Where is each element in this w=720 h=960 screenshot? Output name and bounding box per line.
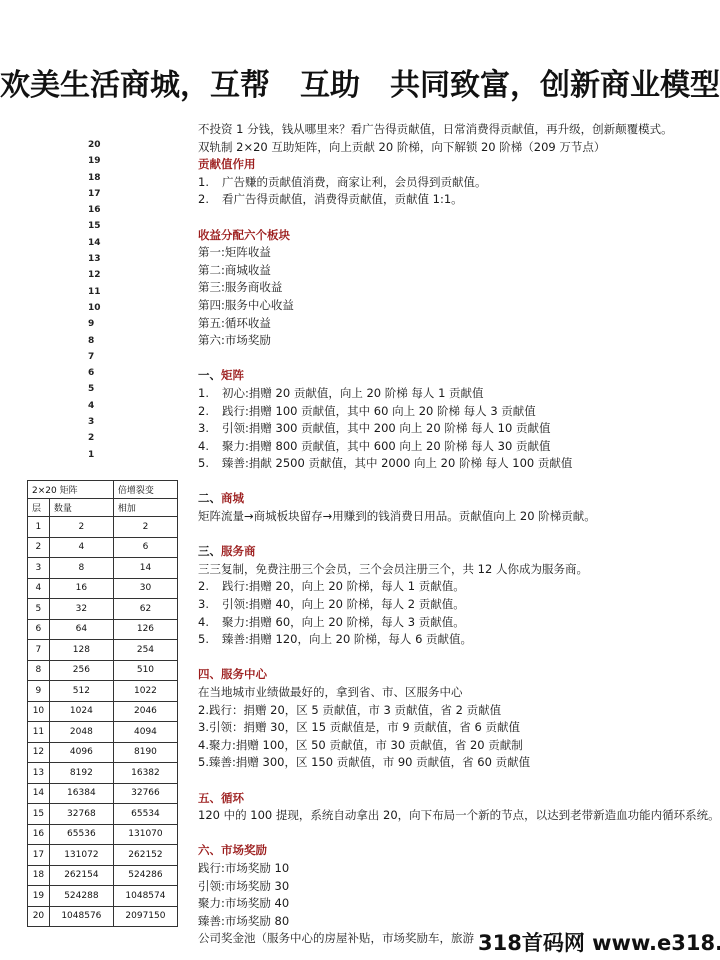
level-number: 10 [88,300,118,316]
table-cell: 19 [28,886,50,907]
table-row: 153276865534 [28,804,178,825]
table-cell: 62 [113,599,177,620]
list-item: 聚力:市场奖励 40 [198,895,718,913]
table-header-cell: 2×20 矩阵 [28,481,114,499]
table-cell: 4 [49,537,113,558]
paragraph: 矩阵流量→商城板块留存→用赚到的钱消费日用品。贡献值向上 20 阶梯贡献。 [198,508,718,526]
table-cell: 2048 [49,722,113,743]
table-row: 3814 [28,558,178,579]
list-item: 第三:服务商收益 [198,279,718,297]
table-cell: 2046 [113,701,177,722]
list-item: 2.践行:捐赠 100 贡献值，其中 60 向上 20 阶梯 每人 3 贡献值 [198,403,718,421]
list-item: 第二:商城收益 [198,262,718,280]
table-cell: 8190 [113,742,177,763]
table-cell: 4 [28,578,50,599]
level-number: 12 [88,267,118,283]
table-row: 7128254 [28,640,178,661]
table-row: 141638432766 [28,783,178,804]
table-cell: 2 [28,537,50,558]
table-cell: 2 [113,517,177,538]
level-number: 8 [88,333,118,349]
level-number: 2 [88,430,118,446]
table-cell: 256 [49,660,113,681]
table-cell: 65534 [113,804,177,825]
paragraph: 120 中的 100 提现，系统自动拿出 20，向下布局一个新的节点，以达到老带… [198,807,718,825]
table-cell: 32768 [49,804,113,825]
table-cell: 524286 [113,865,177,886]
table-cell: 4096 [49,742,113,763]
level-number: 4 [88,398,118,414]
list-item: 3.引领：捐赠 30，区 15 贡献值是，市 9 贡献值，省 6 贡献值 [198,719,718,737]
table-row: 17131072262152 [28,845,178,866]
paragraph: 三三复制，免费注册三个会员，三个会员注册三个，共 12 人你成为服务商。 [198,561,718,579]
table-header-row: 层 数量 相加 [28,499,178,517]
table-row: 1120484094 [28,722,178,743]
level-number: 18 [88,170,118,186]
table-header-row: 2×20 矩阵 倍增裂变 [28,481,178,499]
table-cell: 6 [28,619,50,640]
level-number: 15 [88,218,118,234]
table-cell: 11 [28,722,50,743]
table-cell: 3 [28,558,50,579]
list-item: 4.聚力:捐赠 800 贡献值，其中 600 向上 20 阶梯 每人 30 贡献… [198,438,718,456]
list-item: 1.初心:捐赠 20 贡献值，向上 20 阶梯 每人 1 贡献值 [198,385,718,403]
level-number: 17 [88,186,118,202]
level-number: 5 [88,381,118,397]
section-heading: 贡献值作用 [198,156,718,174]
table-row: 18262154524286 [28,865,178,886]
table-cell: 64 [49,619,113,640]
table-row: 1010242046 [28,701,178,722]
table-cell: 8 [49,558,113,579]
table-cell: 1024 [49,701,113,722]
list-item: 第一:矩阵收益 [198,244,718,262]
table-cell: 8192 [49,763,113,784]
table-row: 1240968190 [28,742,178,763]
list-item: 第四:服务中心收益 [198,297,718,315]
table-header-cell: 数量 [49,499,113,517]
section-heading: 收益分配六个板块 [198,227,718,245]
table-cell: 2 [49,517,113,538]
table-body: 1222463814416305326266412671282548256510… [28,517,178,927]
list-item: 5.臻善:捐赠 300，区 150 贡献值，市 90 贡献值，省 60 贡献值 [198,754,718,772]
intro-line: 双轨制 2×20 互助矩阵，向上贡献 20 阶梯，向下解锁 20 阶梯（209 … [198,139,718,157]
table-row: 41630 [28,578,178,599]
table-cell: 1048574 [113,886,177,907]
table-cell: 30 [113,578,177,599]
table-row: 246 [28,537,178,558]
table-cell: 15 [28,804,50,825]
table-cell: 17 [28,845,50,866]
section-heading-provider: 三、服务商 [198,543,718,561]
list-item: 3.引领:捐赠 300 贡献值，其中 200 向上 20 阶梯 每人 10 贡献… [198,420,718,438]
level-number: 11 [88,284,118,300]
table-cell: 254 [113,640,177,661]
table-cell: 524288 [49,886,113,907]
level-number-column: 20 19 18 17 16 15 14 13 12 11 10 9 8 7 6… [88,137,118,463]
table-cell: 9 [28,681,50,702]
list-item: 1.广告赚的贡献值消费，商家让利，会员得到贡献值。 [198,174,718,192]
table-cell: 14 [28,783,50,804]
level-number: 16 [88,202,118,218]
table-row: 122 [28,517,178,538]
table-cell: 4094 [113,722,177,743]
section-heading-mall: 二、商城 [198,490,718,508]
table-cell: 32 [49,599,113,620]
table-cell: 10 [28,701,50,722]
list-item: 2.看广告得贡献值，消费得贡献值，贡献值 1:1。 [198,191,718,209]
section-heading-market: 六、市场奖励 [198,842,718,860]
table-cell: 1 [28,517,50,538]
table-header-cell: 倍增裂变 [113,481,177,499]
table-cell: 16 [28,824,50,845]
watermark-text: 318首码网 www.e318.com [478,927,720,957]
table-cell: 12 [28,742,50,763]
table-header-cell: 相加 [113,499,177,517]
section-heading-matrix: 一、矩阵 [198,367,718,385]
table-cell: 1048576 [49,906,113,927]
table-cell: 65536 [49,824,113,845]
table-cell: 512 [49,681,113,702]
level-number: 1 [88,447,118,463]
table-cell: 16384 [49,783,113,804]
paragraph: 在当地城市业绩做最好的，拿到省、市、区服务中心 [198,684,718,702]
list-item: 引领:市场奖励 30 [198,878,718,896]
section-heading-center: 四、服务中心 [198,666,718,684]
table-cell: 1022 [113,681,177,702]
table-row: 1665536131070 [28,824,178,845]
list-item: 2.践行:捐赠 20，向上 20 阶梯，每人 1 贡献值。 [198,578,718,596]
level-number: 9 [88,316,118,332]
list-item: 5.臻善:捐赠 120，向上 20 阶梯，每人 6 贡献值。 [198,631,718,649]
table-cell: 131072 [49,845,113,866]
level-number: 13 [88,251,118,267]
table-row: 13819216382 [28,763,178,784]
table-row: 95121022 [28,681,178,702]
list-item: 第五:循环收益 [198,315,718,333]
table-cell: 16 [49,578,113,599]
level-number: 6 [88,365,118,381]
list-item: 4.聚力:捐赠 60，向上 20 阶梯，每人 3 贡献值。 [198,614,718,632]
list-item: 践行:市场奖励 10 [198,860,718,878]
table-cell: 14 [113,558,177,579]
table-cell: 510 [113,660,177,681]
table-header-cell: 层 [28,499,50,517]
level-number: 20 [88,137,118,153]
intro-line: 不投资 1 分钱，钱从哪里来？看广告得贡献值，日常消费得贡献值，再升级，创新颠覆… [198,121,718,139]
matrix-growth-table: 2×20 矩阵 倍增裂变 层 数量 相加 1222463814416305326… [27,480,178,927]
table-cell: 128 [49,640,113,661]
table-cell: 2097150 [113,906,177,927]
main-content: 不投资 1 分钱，钱从哪里来？看广告得贡献值，日常消费得贡献值，再升级，创新颠覆… [198,121,718,948]
level-number: 14 [88,235,118,251]
table-cell: 262152 [113,845,177,866]
table-cell: 18 [28,865,50,886]
table-row: 53262 [28,599,178,620]
list-item: 3.引领:捐赠 40，向上 20 阶梯，每人 2 贡献值。 [198,596,718,614]
list-item: 5.臻善:捐献 2500 贡献值，其中 2000 向上 20 阶梯 每人 100… [198,455,718,473]
table-row: 8256510 [28,660,178,681]
level-number: 7 [88,349,118,365]
table-cell: 5 [28,599,50,620]
table-cell: 6 [113,537,177,558]
list-item: 2.践行：捐赠 20，区 5 贡献值，市 3 贡献值，省 2 贡献值 [198,702,718,720]
table-row: 195242881048574 [28,886,178,907]
table-cell: 13 [28,763,50,784]
table-cell: 8 [28,660,50,681]
table-cell: 131070 [113,824,177,845]
page-title: 欢美生活商城，互帮 互助 共同致富，创新商业模型 [0,60,720,104]
section-heading-cycle: 五、循环 [198,790,718,808]
table-cell: 7 [28,640,50,661]
list-item: 4.聚力:捐赠 100，区 50 贡献值，市 30 贡献值，省 20 贡献制 [198,737,718,755]
table-cell: 16382 [113,763,177,784]
table-cell: 262154 [49,865,113,886]
table-cell: 126 [113,619,177,640]
table-row: 2010485762097150 [28,906,178,927]
table-row: 664126 [28,619,178,640]
level-number: 19 [88,153,118,169]
table-cell: 20 [28,906,50,927]
table-cell: 32766 [113,783,177,804]
level-number: 3 [88,414,118,430]
list-item: 第六:市场奖励 [198,332,718,350]
